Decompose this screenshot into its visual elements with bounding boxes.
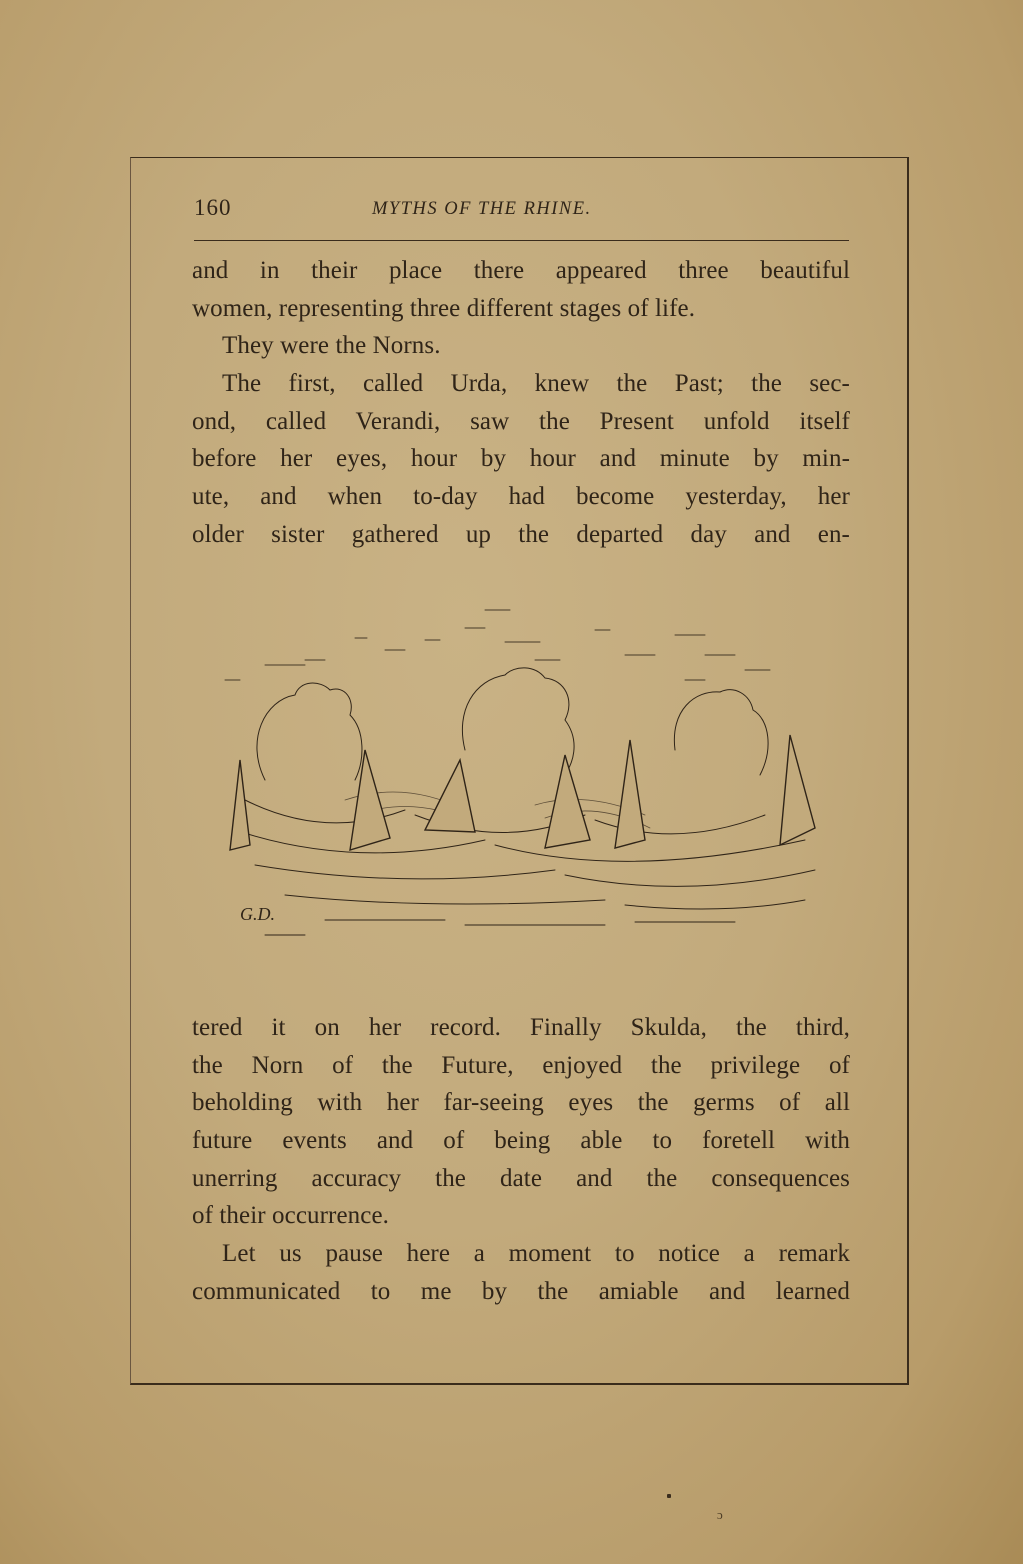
text-line: the Norn of the Future, enjoyed the priv… (192, 1047, 850, 1085)
text-line: Let us pause here a moment to notice a r… (192, 1235, 850, 1273)
text-block-top: and in their place there appeared three … (192, 252, 850, 554)
illustration-signature: G.D. (240, 904, 275, 924)
text-line: women, representing three different stag… (192, 290, 850, 328)
text-block-bottom: tered it on her record. Finally Skulda, … (192, 1009, 850, 1311)
text-line: ond, called Verandi, saw the Present unf… (192, 403, 850, 441)
norns-illustration: G.D. (205, 600, 835, 960)
text-line: beholding with her far-seeing eyes the g… (192, 1084, 850, 1122)
text-line: of their occurrence. (192, 1197, 850, 1235)
text-line: before her eyes, hour by hour and minute… (192, 440, 850, 478)
header-rule (194, 240, 849, 241)
text-line: They were the Norns. (192, 327, 850, 365)
page-number: 160 (194, 195, 232, 221)
running-title: MYTHS OF THE RHINE. (372, 199, 592, 220)
ink-speck (667, 1494, 671, 1498)
text-line: ute, and when to-day had become yesterda… (192, 478, 850, 516)
ink-mark: ɔ (717, 1507, 723, 1523)
text-line: The first, called Urda, knew the Past; t… (192, 365, 850, 403)
text-line: and in their place there appeared three … (192, 252, 850, 290)
text-line: future events and of being able to foret… (192, 1122, 850, 1160)
text-line: unerring accuracy the date and the conse… (192, 1160, 850, 1198)
text-line: older sister gathered up the departed da… (192, 516, 850, 554)
running-head: 160 MYTHS OF THE RHINE. (192, 195, 849, 227)
text-line: communicated to me by the amiable and le… (192, 1273, 850, 1311)
text-line: tered it on her record. Finally Skulda, … (192, 1009, 850, 1047)
